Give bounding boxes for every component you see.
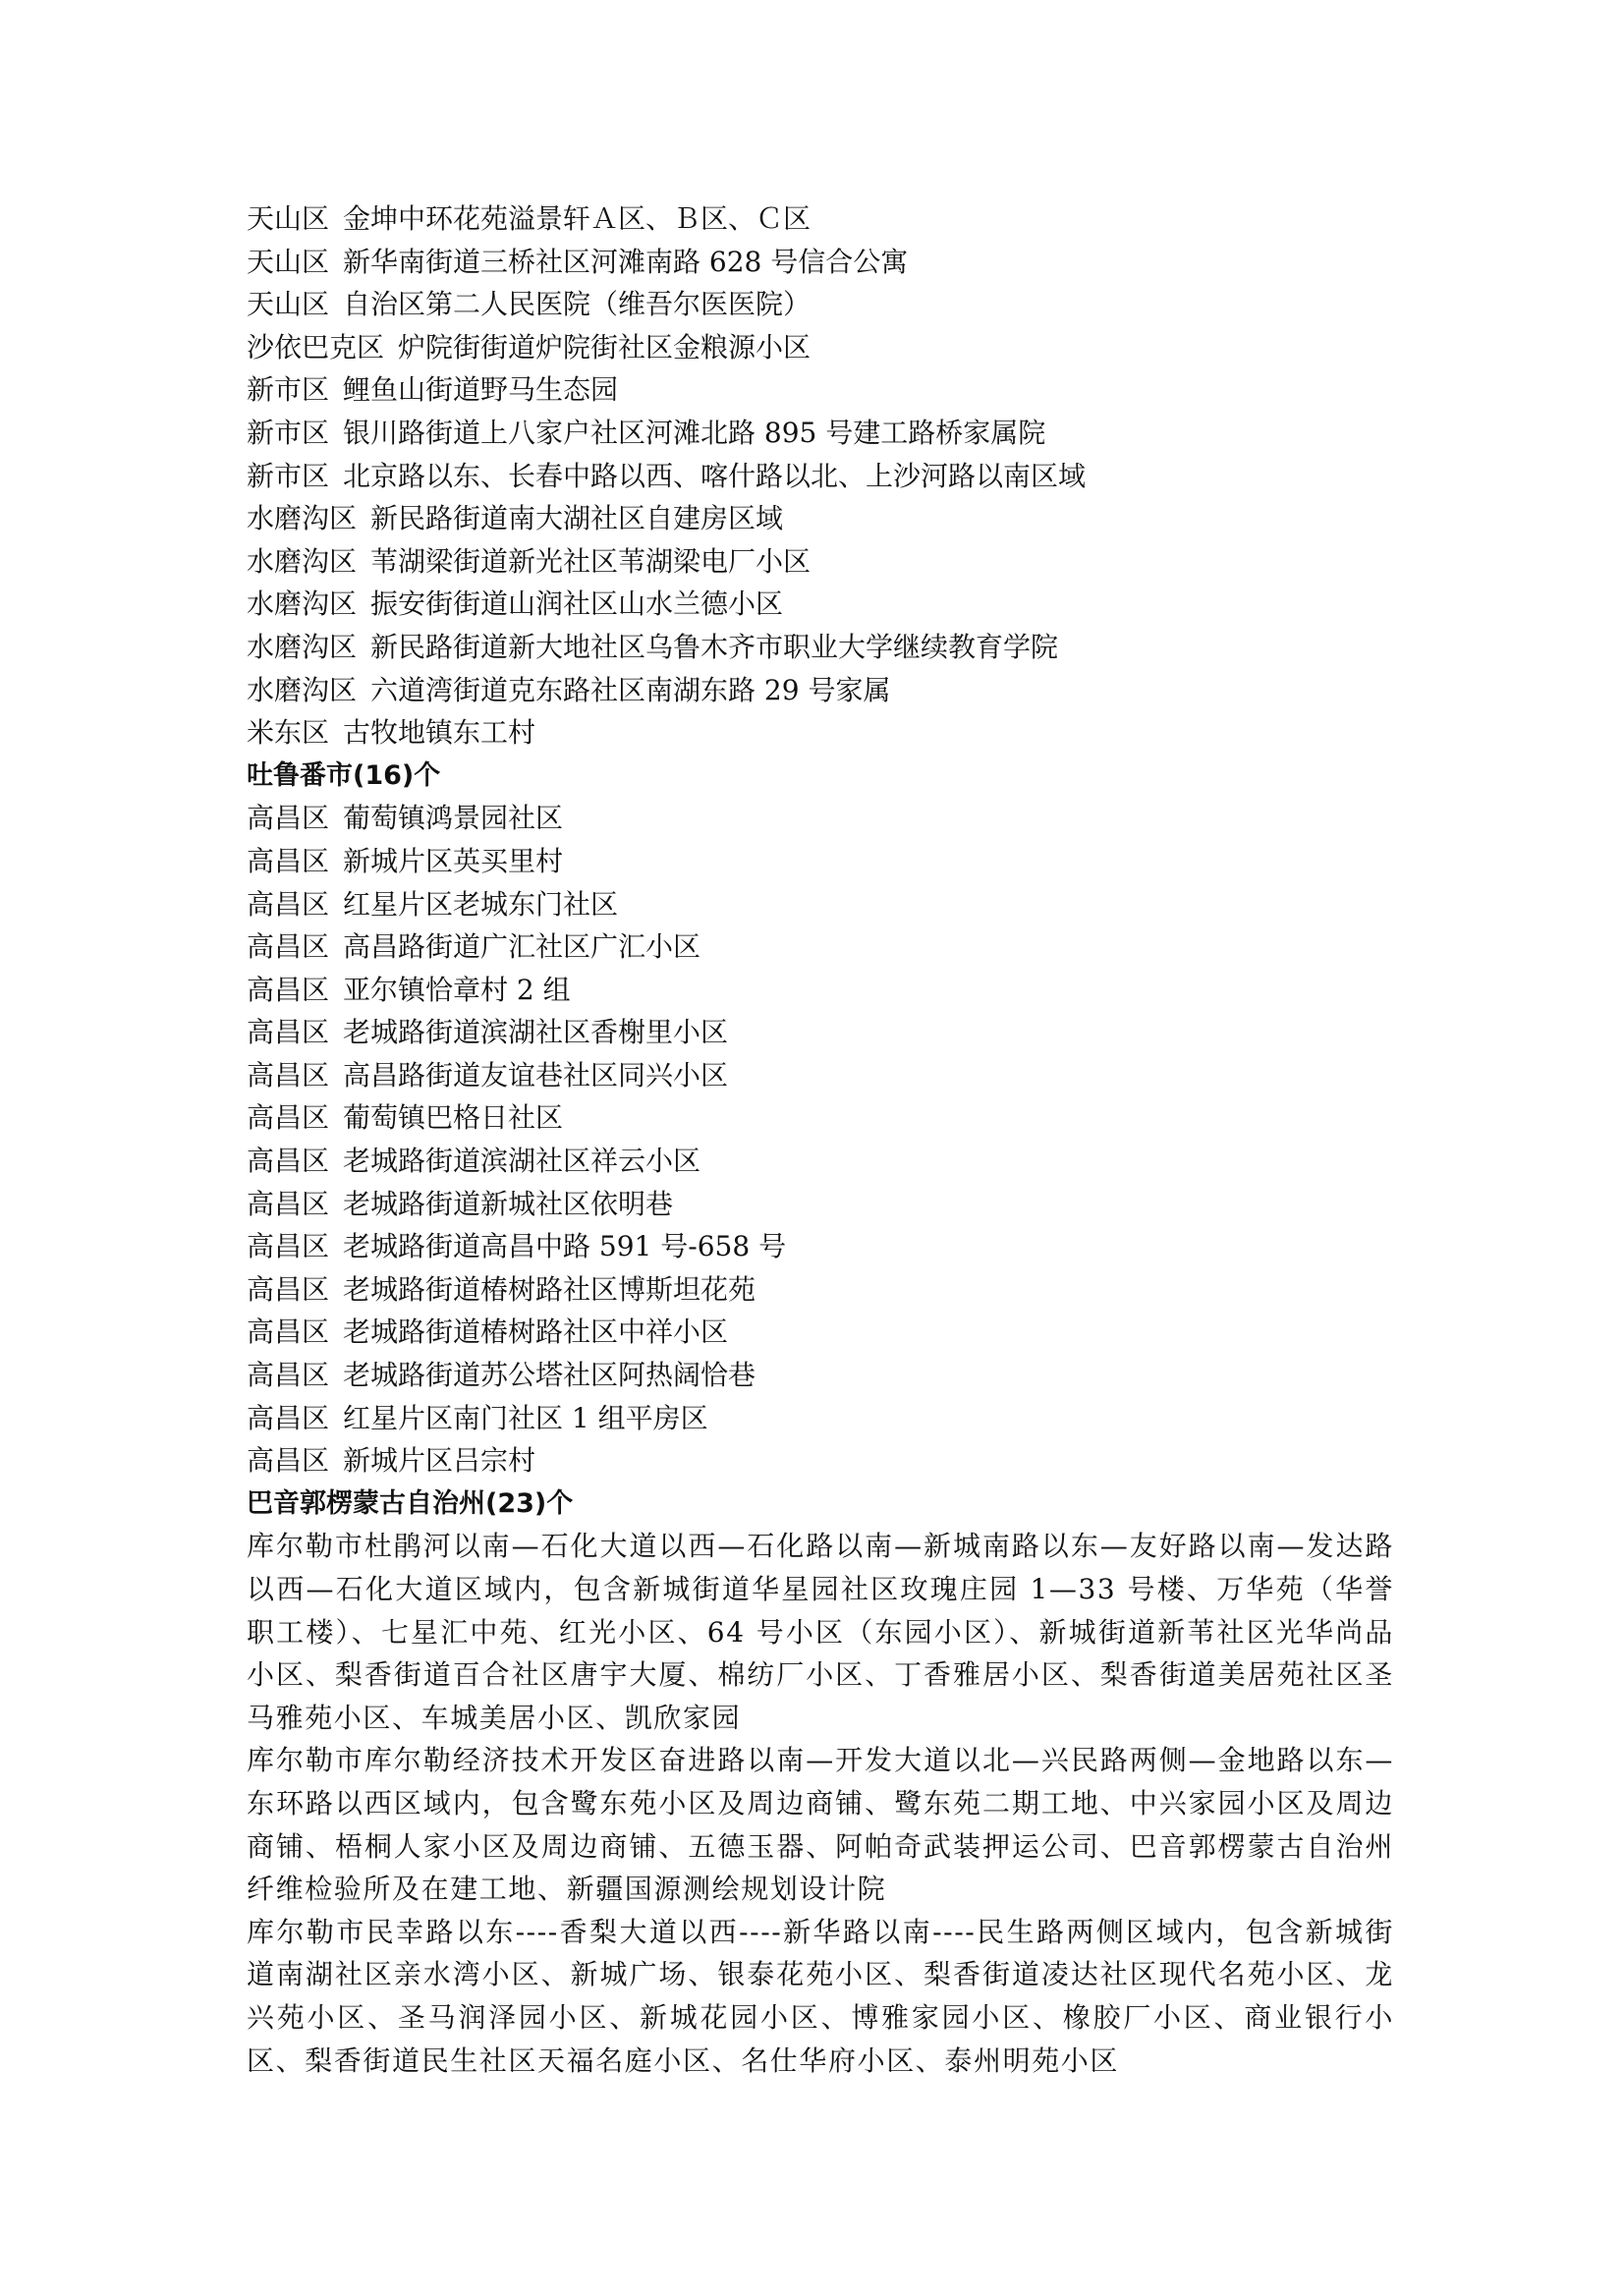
location-name: 苇湖梁街道新光社区苇湖梁电厂小区	[370, 545, 811, 578]
district-name: 高昌区	[247, 1359, 329, 1391]
district-name: 高昌区	[247, 974, 329, 1006]
location-name: 新民路街道南大湖社区自建房区域	[370, 502, 783, 534]
district-name: 高昌区	[247, 1059, 329, 1092]
district-name: 新市区	[247, 373, 329, 406]
district-name: 高昌区	[247, 802, 329, 834]
list-item: 高昌区高昌路街道广汇社区广汇小区	[247, 925, 1394, 969]
list-item: 水磨沟区新民路街道南大湖社区自建房区域	[247, 497, 1394, 540]
district-name: 高昌区	[247, 1101, 329, 1134]
district-name: 水磨沟区	[247, 674, 357, 706]
location-name: 红星片区南门社区 1 组平房区	[343, 1402, 708, 1434]
list-item: 天山区自治区第二人民医院（维吾尔医医院）	[247, 283, 1394, 326]
location-name: 新华南街道三桥社区河滩南路 628 号信合公寓	[343, 246, 908, 278]
district-name: 水磨沟区	[247, 502, 357, 534]
section-urumqi-continued: 天山区金坤中环花苑溢景轩Ａ区、Ｂ区、Ｃ区 天山区新华南街道三桥社区河滩南路 62…	[247, 197, 1394, 755]
location-name: 高昌路街道广汇社区广汇小区	[343, 930, 700, 963]
section-heading: 巴音郭楞蒙古自治州(23)个	[247, 1483, 1394, 1526]
location-name: 振安街街道山润社区山水兰德小区	[370, 588, 783, 620]
list-item: 高昌区红星片区老城东门社区	[247, 883, 1394, 926]
location-name: 新城片区吕宗村	[343, 1444, 535, 1477]
list-item: 高昌区老城路街道滨湖社区祥云小区	[247, 1140, 1394, 1183]
list-item: 新市区北京路以东、长春中路以西、喀什路以北、上沙河路以南区域	[247, 455, 1394, 498]
district-name: 水磨沟区	[247, 631, 357, 663]
list-item: 高昌区亚尔镇恰章村 2 组	[247, 969, 1394, 1012]
list-item: 米东区古牧地镇东工村	[247, 711, 1394, 755]
location-name: 红星片区老城东门社区	[343, 888, 618, 921]
district-name: 水磨沟区	[247, 588, 357, 620]
location-name: 老城路街道滨湖社区香榭里小区	[343, 1016, 728, 1048]
list-item: 水磨沟区新民路街道新大地社区乌鲁木齐市职业大学继续教育学院	[247, 626, 1394, 669]
list-item: 高昌区红星片区南门社区 1 组平房区	[247, 1397, 1394, 1440]
location-name: 老城路街道椿树路社区博斯坦花苑	[343, 1273, 756, 1306]
district-name: 水磨沟区	[247, 545, 357, 578]
section-heading: 吐鲁番市(16)个	[247, 755, 1394, 798]
paragraph-item: 库尔勒市杜鹃河以南—石化大道以西—石化路以南—新城南路以东—友好路以南—发达路以…	[247, 1525, 1394, 1739]
list-item: 高昌区新城片区英买里村	[247, 840, 1394, 883]
paragraph-item: 库尔勒市民幸路以东----香梨大道以西----新华路以南----民生路两侧区域内…	[247, 1911, 1394, 2082]
district-name: 米东区	[247, 716, 329, 749]
location-name: 鲤鱼山街道野马生态园	[343, 373, 618, 406]
list-item: 高昌区老城路街道椿树路社区中祥小区	[247, 1311, 1394, 1354]
location-description: 杜鹃河以南—石化大道以西—石化路以南—新城南路以东—友好路以南—发达路以西—石化…	[247, 1530, 1394, 1733]
list-item: 天山区金坤中环花苑溢景轩Ａ区、Ｂ区、Ｃ区	[247, 197, 1394, 241]
list-item: 新市区银川路街道上八家户社区河滩北路 895 号建工路桥家属院	[247, 412, 1394, 455]
district-name: 高昌区	[247, 1273, 329, 1306]
district-name: 高昌区	[247, 888, 329, 921]
district-name: 库尔勒市	[247, 1530, 364, 1562]
district-name: 高昌区	[247, 1230, 329, 1262]
district-name: 库尔勒市	[247, 1744, 364, 1776]
location-name: 金坤中环花苑溢景轩Ａ区、Ｂ区、Ｃ区	[343, 202, 811, 235]
location-name: 老城路街道苏公塔社区阿热阔恰巷	[343, 1359, 756, 1391]
list-item: 高昌区葡萄镇巴格日社区	[247, 1096, 1394, 1140]
list-item: 高昌区老城路街道新城社区依明巷	[247, 1183, 1394, 1226]
location-name: 六道湾街道克东路社区南湖东路 29 号家属	[370, 674, 890, 706]
location-name: 银川路街道上八家户社区河滩北路 895 号建工路桥家属院	[343, 417, 1045, 449]
list-item: 水磨沟区苇湖梁街道新光社区苇湖梁电厂小区	[247, 540, 1394, 584]
location-name: 高昌路街道友谊巷社区同兴小区	[343, 1059, 728, 1092]
district-name: 新市区	[247, 460, 329, 492]
list-item: 高昌区老城路街道滨湖社区香榭里小区	[247, 1011, 1394, 1054]
list-item: 水磨沟区振安街街道山润社区山水兰德小区	[247, 583, 1394, 626]
list-item: 高昌区高昌路街道友谊巷社区同兴小区	[247, 1054, 1394, 1097]
location-description: 民幸路以东----香梨大道以西----新华路以南----民生路两侧区域内，包含新…	[247, 1916, 1394, 2077]
location-name: 老城路街道滨湖社区祥云小区	[343, 1145, 700, 1177]
district-name: 高昌区	[247, 1145, 329, 1177]
district-name: 天山区	[247, 202, 329, 235]
location-name: 葡萄镇巴格日社区	[343, 1101, 563, 1134]
district-name: 高昌区	[247, 1402, 329, 1434]
location-name: 老城路街道椿树路社区中祥小区	[343, 1315, 728, 1348]
location-name: 古牧地镇东工村	[343, 716, 535, 749]
list-item: 高昌区新城片区吕宗村	[247, 1439, 1394, 1483]
district-name: 天山区	[247, 246, 329, 278]
district-name: 高昌区	[247, 1016, 329, 1048]
document-page: 天山区金坤中环花苑溢景轩Ａ区、Ｂ区、Ｃ区 天山区新华南街道三桥社区河滩南路 62…	[247, 197, 1394, 2082]
location-name: 新民路街道新大地社区乌鲁木齐市职业大学继续教育学院	[370, 631, 1058, 663]
list-item: 沙依巴克区炉院街街道炉院街社区金粮源小区	[247, 326, 1394, 369]
district-name: 高昌区	[247, 1188, 329, 1220]
list-item: 高昌区老城路街道椿树路社区博斯坦花苑	[247, 1268, 1394, 1312]
list-item: 水磨沟区六道湾街道克东路社区南湖东路 29 号家属	[247, 669, 1394, 712]
district-name: 高昌区	[247, 930, 329, 963]
list-item: 天山区新华南街道三桥社区河滩南路 628 号信合公寓	[247, 241, 1394, 284]
location-name: 老城路街道新城社区依明巷	[343, 1188, 673, 1220]
list-item: 新市区鲤鱼山街道野马生态园	[247, 368, 1394, 412]
district-name: 高昌区	[247, 845, 329, 877]
district-name: 沙依巴克区	[247, 331, 384, 364]
paragraph-item: 库尔勒市库尔勒经济技术开发区奋进路以南—开发大道以北—兴民路两侧—金地路以东—东…	[247, 1739, 1394, 1910]
section-turpan: 吐鲁番市(16)个 高昌区葡萄镇鸿景园社区 高昌区新城片区英买里村 高昌区红星片…	[247, 755, 1394, 1483]
location-name: 北京路以东、长春中路以西、喀什路以北、上沙河路以南区域	[343, 460, 1086, 492]
location-name: 新城片区英买里村	[343, 845, 563, 877]
list-item: 高昌区老城路街道高昌中路 591 号-658 号	[247, 1225, 1394, 1268]
district-name: 高昌区	[247, 1315, 329, 1348]
location-name: 老城路街道高昌中路 591 号-658 号	[343, 1230, 786, 1262]
location-description: 库尔勒经济技术开发区奋进路以南—开发大道以北—兴民路两侧—金地路以东—东环路以西…	[247, 1744, 1394, 1905]
district-name: 高昌区	[247, 1444, 329, 1477]
list-item: 高昌区葡萄镇鸿景园社区	[247, 797, 1394, 840]
section-bayingolin: 巴音郭楞蒙古自治州(23)个 库尔勒市杜鹃河以南—石化大道以西—石化路以南—新城…	[247, 1483, 1394, 2082]
district-name: 库尔勒市	[247, 1916, 366, 1948]
location-name: 亚尔镇恰章村 2 组	[343, 974, 571, 1006]
district-name: 新市区	[247, 417, 329, 449]
location-name: 葡萄镇鸿景园社区	[343, 802, 563, 834]
location-name: 炉院街街道炉院街社区金粮源小区	[398, 331, 811, 364]
list-item: 高昌区老城路街道苏公塔社区阿热阔恰巷	[247, 1354, 1394, 1397]
location-name: 自治区第二人民医院（维吾尔医医院）	[343, 288, 811, 320]
district-name: 天山区	[247, 288, 329, 320]
